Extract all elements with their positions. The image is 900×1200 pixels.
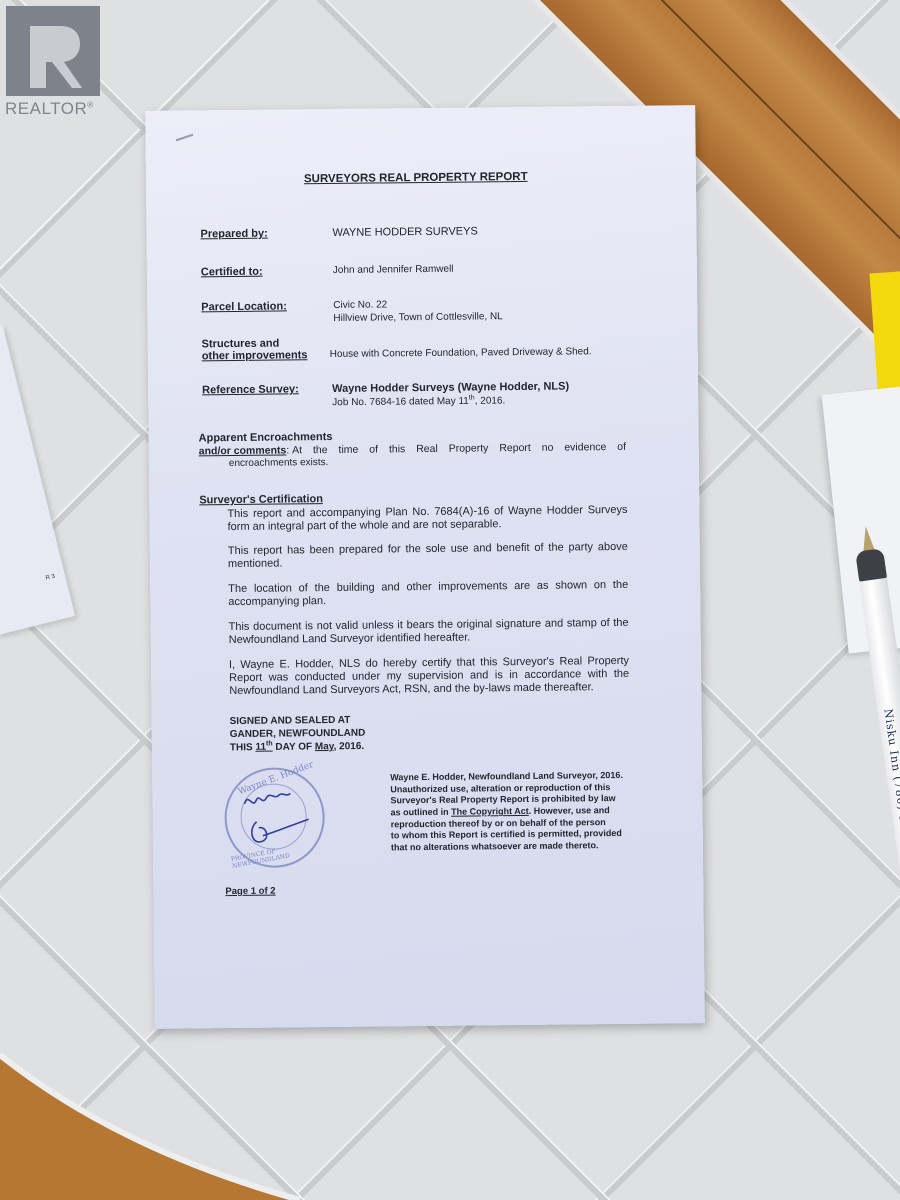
field-label: Parcel Location: (201, 300, 287, 314)
field-parcel-location: Parcel Location: Civic No. 22 Hillview D… (201, 296, 681, 301)
realtor-logo-icon (6, 6, 100, 96)
field-value: WAYNE HODDER SURVEYS (332, 225, 477, 240)
certification-paragraph: I, Wayne E. Hodder, NLS do hereby certif… (229, 655, 629, 699)
certification-paragraph: The location of the building and other i… (228, 579, 628, 610)
comments-label: and/or comments (199, 445, 287, 458)
survey-report-document: SURVEYORS REAL PROPERTY REPORT Prepared … (145, 105, 705, 1029)
surveyor-seal-stamp: Wayne E. Hodder PROVINCE OF NEWFOUNDLAND (224, 767, 325, 868)
field-label: other improvements (202, 349, 308, 363)
realtor-wordmark: REALTOR® (5, 99, 94, 119)
field-value: House with Concrete Foundation, Paved Dr… (330, 346, 592, 361)
staple-icon (176, 134, 194, 142)
field-prepared-by: Prepared by: WAYNE HODDER SURVEYS (200, 223, 680, 228)
field-value: Job No. 7684-16 dated May 11th, 2016. (332, 394, 505, 409)
certification-heading: Surveyor's Certification (199, 493, 323, 507)
field-reference-survey: Reference Survey: Wayne Hodder Surveys (… (202, 379, 682, 384)
certification-paragraph: This document is not valid unless it bea… (229, 617, 629, 648)
copyright-notice: Wayne E. Hodder, Newfoundland Land Surve… (390, 770, 651, 855)
signed-and-sealed: SIGNED AND SEALED AT GANDER, NEWFOUNDLAN… (230, 715, 366, 755)
field-certified-to: Certified to: John and Jennifer Ramwell (201, 261, 681, 266)
encroachments-section: Apparent Encroachments and/or comments: … (199, 428, 629, 470)
photo-scene: R 3 Nisku Inn (780) 955-7... SURVEYORS R… (0, 0, 900, 1200)
certification-paragraph: This report and accompanying Plan No. 76… (227, 504, 627, 535)
signature-icon (226, 769, 323, 866)
certification-paragraph: This report has been prepared for the so… (228, 541, 628, 572)
document-title: SURVEYORS REAL PROPERTY REPORT (304, 171, 528, 187)
pen-grip (855, 548, 887, 582)
field-label: Reference Survey: (202, 383, 299, 397)
realtor-watermark: REALTOR® (0, 0, 106, 126)
field-structures: Structures and other improvements House … (202, 333, 682, 338)
field-value: John and Jennifer Ramwell (333, 264, 454, 277)
field-label: Prepared by: (200, 228, 267, 242)
page-indicator: Page 1 of 2 (225, 886, 275, 898)
realtor-r-icon (26, 22, 84, 92)
left-paper-text: R 3 (45, 574, 56, 582)
field-value: Civic No. 22 (333, 299, 387, 312)
field-label: Certified to: (201, 266, 263, 280)
field-value: Hillview Drive, Town of Cottlesville, NL (333, 311, 502, 325)
